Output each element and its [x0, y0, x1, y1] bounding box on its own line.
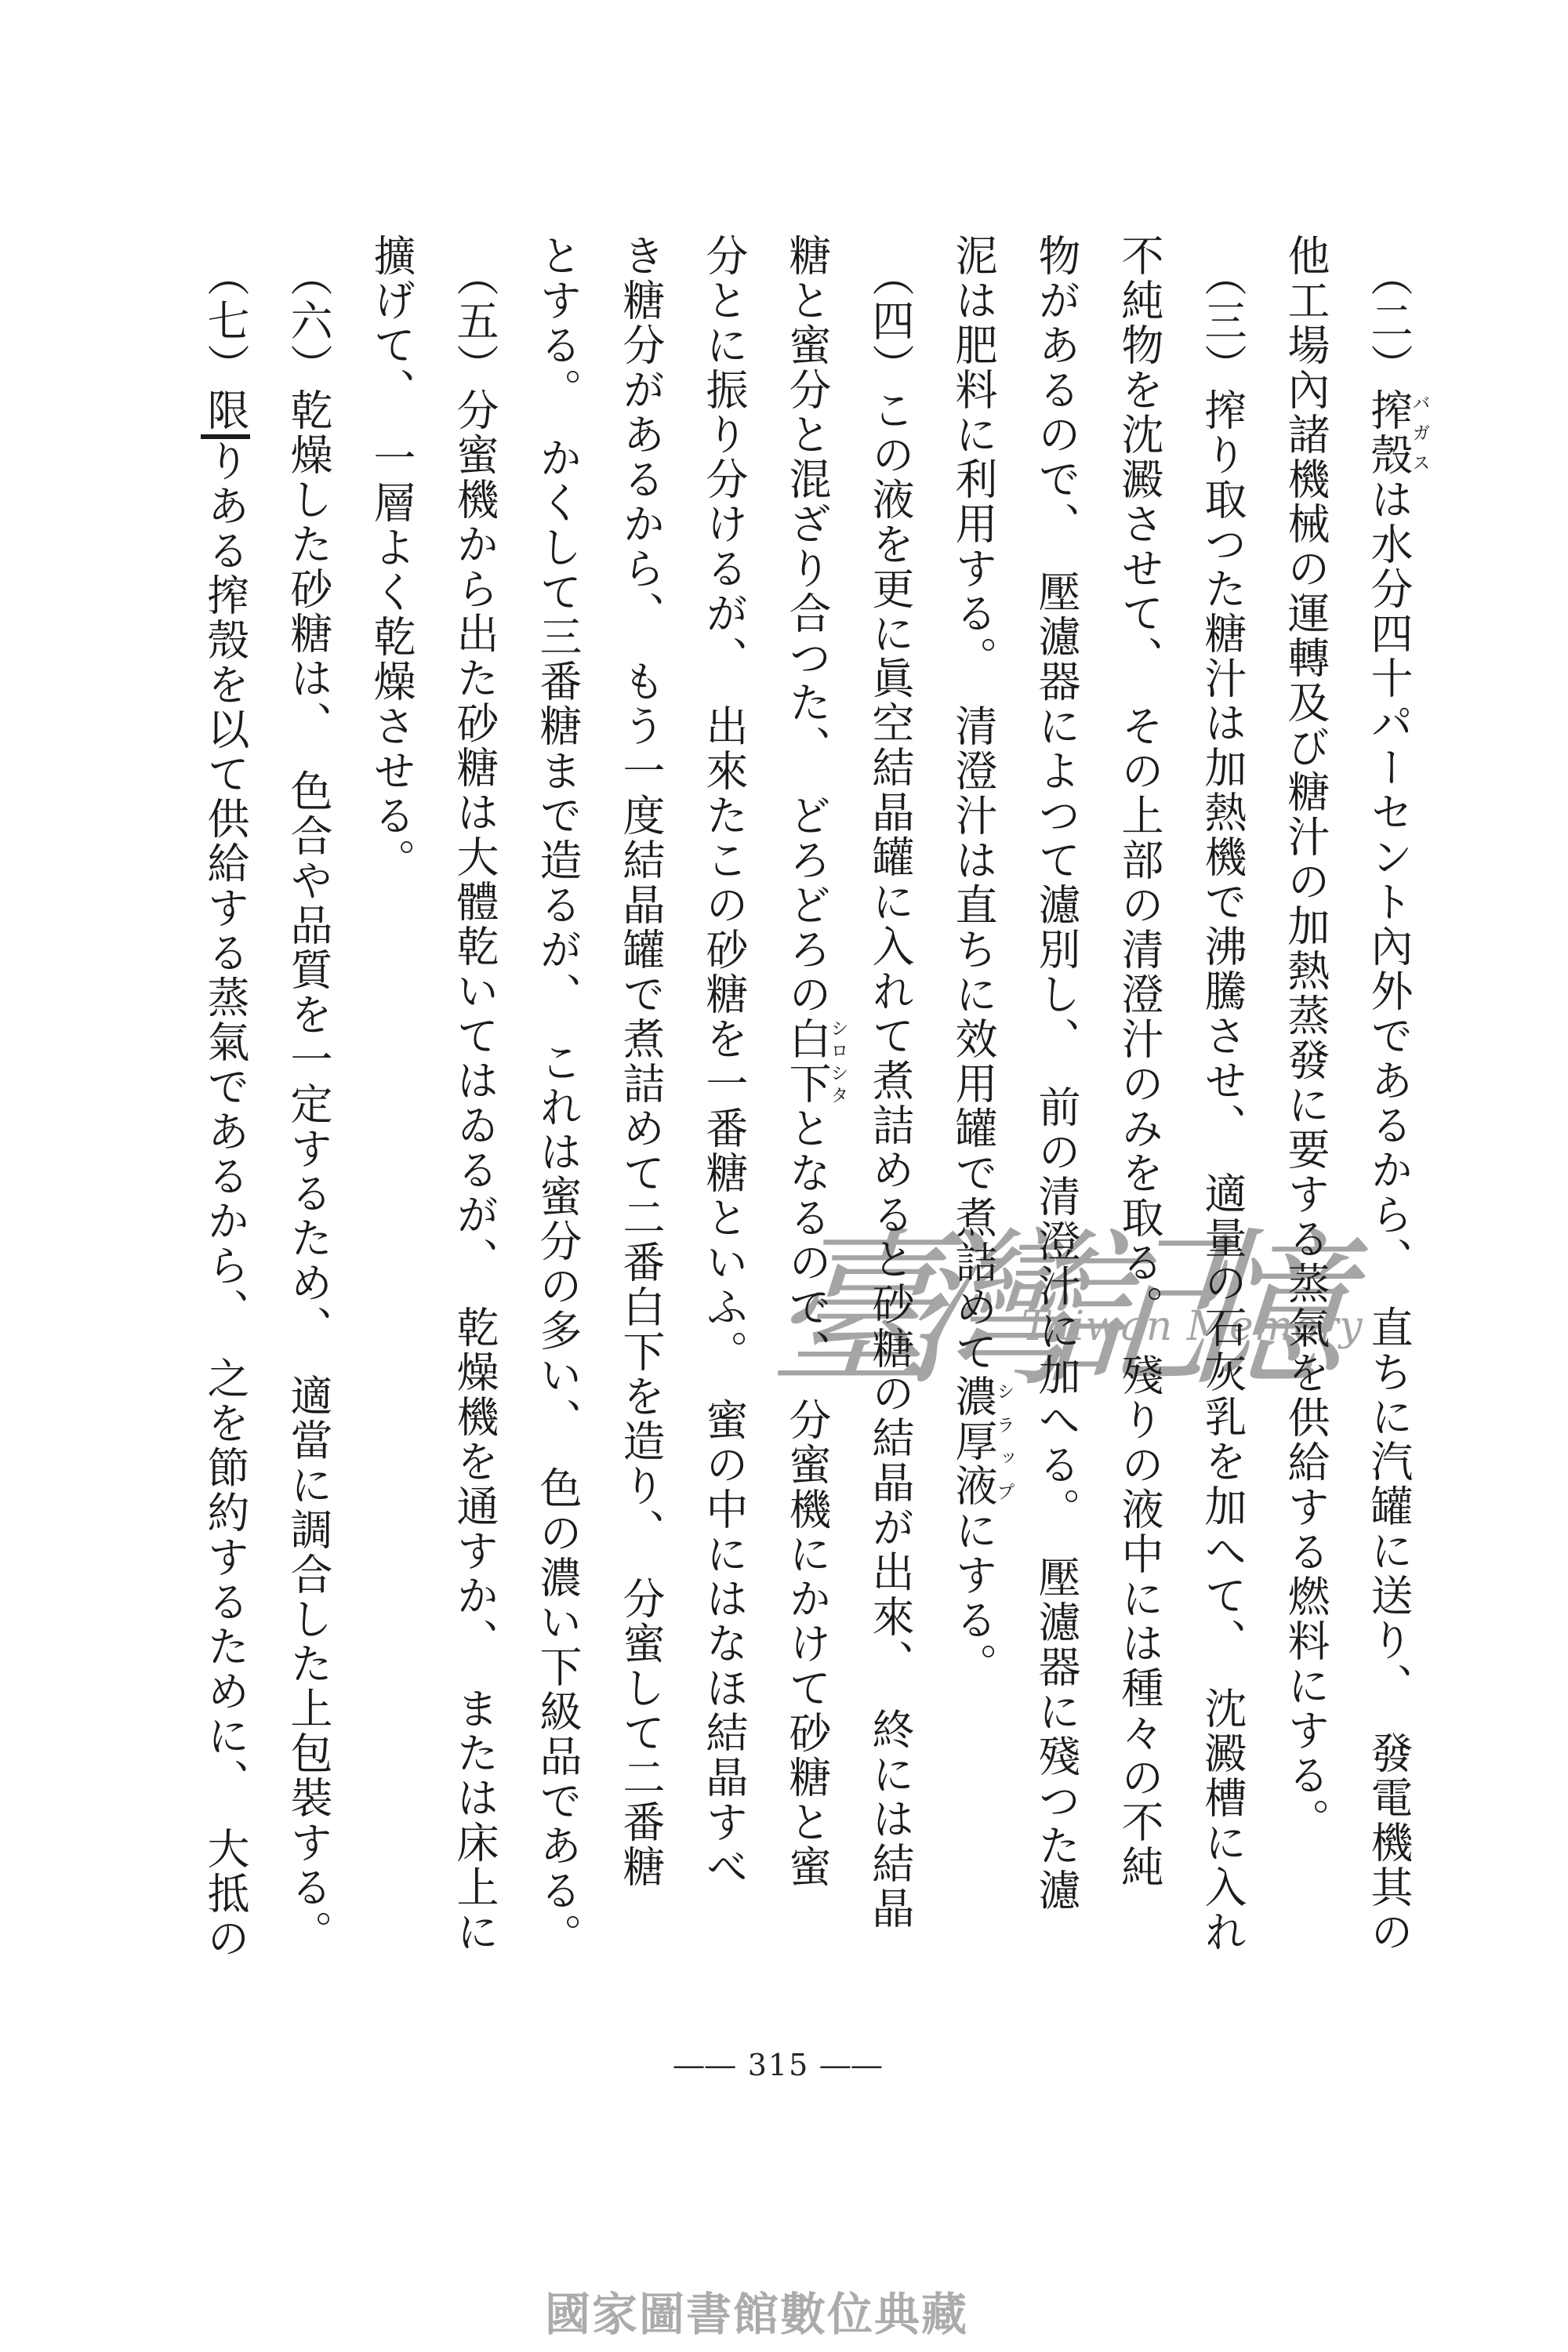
text-column: 分とに振り分けるが、 出來たこの砂糖を一番糖といふ。 蜜の中にはなほ結晶すべ [682, 234, 765, 2053]
text-column: （五）分蜜機から出た砂糖は大體乾いてはゐるが、 乾燥機を通すか、 または床上に [433, 234, 516, 2053]
text-column: とする。 かくして三番糖まで造るが、 これは蜜分の多い、 色の濃い下級品である。 [516, 234, 599, 2053]
text-column: 擴げて、 一層よく乾燥させる。 [350, 234, 433, 2053]
national-library-watermark: 國家圖書館數位典藏 [0, 2278, 1513, 2343]
text-column: （六）乾燥した砂糖は、 色合や品質を一定するため、 適當に調合した上包裝する。 [267, 234, 350, 2053]
text-column: 物があるので、 壓濾器によつて濾別し、 前の清澄汁に加へる。 壓濾器に殘つた濾 [1014, 234, 1098, 2053]
text-column: 不純物を沈澱させて、 その上部の清澄汁のみを取る。 殘りの液中には種々の不純 [1098, 234, 1181, 2053]
text-column: （二）搾殼バガスは水分四十パーセント內外であるから、 直ちに汽罐に送り、 發電機… [1347, 234, 1430, 2053]
ruby-annotated-term: 濃厚液シラップ [949, 1374, 998, 1508]
body-text-vertical: （二）搾殼バガスは水分四十パーセント內外であるから、 直ちに汽罐に送り、 發電機… [179, 234, 1430, 2053]
text-column: 糖と蜜分と混ざり合つた、 どろどろの白下シロシタとなるので、 分蜜機にかけて砂糖… [765, 234, 848, 2053]
emphasized-char: 限 [201, 388, 250, 439]
text-column: （三）搾り取つた糖汁は加熱機で沸騰させ、 適量の石灰乳を加へて、 沈澱槽に入れ [1181, 234, 1264, 2053]
text-column: （七）限りある搾殼を以て供給する蒸氣であるから、 之を節約するために、 大抵の [183, 234, 267, 2053]
page-number: ―― 315 ―― [0, 2048, 1557, 2082]
text-column: （四）この液を更に眞空結晶罐に入れて煮詰めると砂糖の結晶が出來、 終には結晶 [848, 234, 931, 2053]
text-column: 他工場內諸機械の運轉及び糖汁の加熱蒸發に要する蒸氣を供給する燃料にする。 [1264, 234, 1347, 2053]
ruby-annotated-term: 白下シロシタ [782, 1017, 832, 1106]
text-column: き糖分があるから、 もう一度結晶罐で煮詰めて二番白下を造り、 分蜜して二番糖 [599, 234, 682, 2053]
text-column: 泥は肥料に利用する。 清澄汁は直ちに效用罐で煮詰めて濃厚液シラップにする。 [931, 234, 1014, 2053]
ruby-annotated-term: 搾殼バガス [1364, 388, 1414, 477]
